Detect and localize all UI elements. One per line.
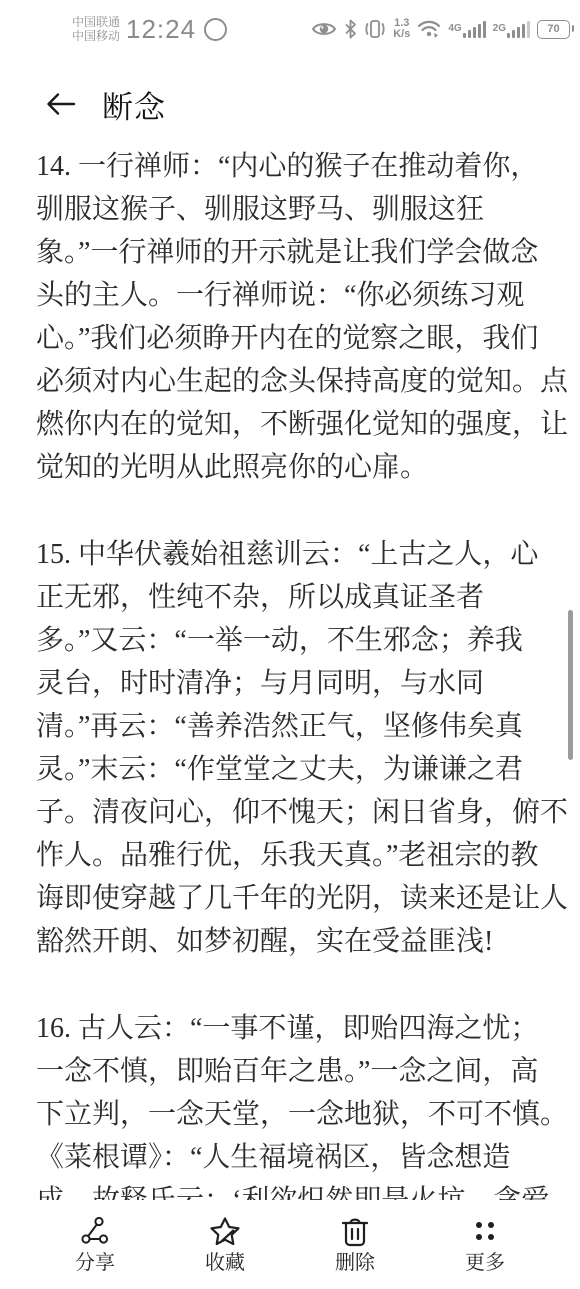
- carrier-top: 中国联通: [72, 15, 120, 29]
- paragraph-line: 多。”又云：“一举一动，不生邪念；养我: [36, 619, 550, 662]
- paragraph-line: 16. 古人云：“一事不谨，即贻四海之忧；: [36, 1007, 550, 1050]
- paragraph-line: 觉知的光明从此照亮你的心扉。: [36, 446, 550, 489]
- status-bar: 中国联通 中国移动 12:24: [0, 0, 580, 58]
- share-icon: [79, 1215, 111, 1247]
- status-bar-left: 中国联通 中国移动 12:24: [0, 14, 227, 45]
- paragraph-line: 心。”我们必须睁开内在的觉察之眼，我们: [36, 317, 550, 360]
- paragraph-line: 下立判，一念天堂，一念地狱，不可不慎。: [36, 1093, 550, 1136]
- paragraph-line: 清。”再云：“善养浩然正气，坚修伟矣真: [36, 705, 550, 748]
- delete-button[interactable]: 删除: [290, 1215, 420, 1274]
- share-button[interactable]: 分享: [30, 1215, 160, 1274]
- star-icon: [209, 1215, 241, 1247]
- paragraph-line: 头的主人。一行禅师说：“你必须练习观: [36, 274, 550, 317]
- page-title: 断念: [102, 82, 166, 127]
- paragraph-line: 怍人。品雅行优，乐我天真。”老祖宗的教: [36, 834, 550, 877]
- more-button[interactable]: 更多: [420, 1215, 550, 1274]
- paragraph-line: 象。”一行禅师的开示就是让我们学会做念: [36, 231, 550, 274]
- more-dots-icon: [469, 1215, 501, 1247]
- signal-4g: 4G: [448, 21, 485, 38]
- paragraph-line: 《菜根谭》：“人生福境祸区，皆念想造: [36, 1136, 550, 1179]
- signal-2g-label: 2G: [493, 23, 506, 34]
- signal-4g-label: 4G: [448, 23, 461, 34]
- paragraph-line: 子。清夜问心，仰不愧天；闲日省身，俯不: [36, 791, 550, 834]
- paragraph-line: 驯服这猴子、驯服这野马、驯服这狂: [36, 188, 550, 231]
- paragraph-line: 必须对内心生起的念头保持高度的觉知。点: [36, 360, 550, 403]
- bottom-toolbar: 分享 收藏 删除: [0, 1200, 580, 1289]
- share-label: 分享: [75, 1252, 115, 1274]
- back-arrow-icon: [44, 90, 78, 118]
- carrier-names: 中国联通 中国移动: [72, 15, 120, 43]
- paragraph-line: 灵。”末云：“作堂堂之丈夫，为谦谦之君: [36, 748, 550, 791]
- scrollbar-thumb[interactable]: [568, 610, 573, 760]
- paragraph-line: 一念不慎，即贻百年之患。”一念之间，高: [36, 1050, 550, 1093]
- status-bar-right: 1.3 K/s 4G 2G: [311, 18, 580, 40]
- paragraph-line: 燃你内在的觉知，不断强化觉知的强度，让: [36, 403, 550, 446]
- back-button[interactable]: [44, 87, 78, 121]
- bluetooth-icon: [344, 19, 357, 39]
- favorite-button[interactable]: 收藏: [160, 1215, 290, 1274]
- paragraph-line: 灵台，时时清净；与月同明，与水同: [36, 662, 550, 705]
- signal-2g: 2G: [493, 21, 530, 38]
- battery-icon: 70: [537, 20, 570, 39]
- alarm-circle-icon: [204, 18, 227, 41]
- note-paragraph: 14. 一行禅师：“内心的猴子在推动着你，驯服这猴子、驯服这野马、驯服这狂象。”…: [36, 145, 550, 489]
- paragraph-line: 诲即使穿越了几千年的光阴，读来还是让人: [36, 877, 550, 920]
- paragraph-line: 正无邪，性纯不杂，所以成真证圣者: [36, 576, 550, 619]
- delete-label: 删除: [335, 1252, 375, 1274]
- carrier-bottom: 中国移动: [72, 29, 120, 43]
- trash-icon: [339, 1215, 371, 1247]
- note-body[interactable]: 14. 一行禅师：“内心的猴子在推动着你，驯服这猴子、驯服这野马、驯服这狂象。”…: [36, 145, 550, 1266]
- note-header: 断念: [0, 74, 580, 134]
- paragraph-line: 豁然开朗、如梦初醒，实在受益匪浅!: [36, 920, 550, 963]
- vibrate-icon: [364, 19, 386, 39]
- paragraph-line: 14. 一行禅师：“内心的猴子在推动着你，: [36, 145, 550, 188]
- battery-percent: 70: [547, 23, 559, 35]
- network-speed: 1.3 K/s: [393, 18, 410, 40]
- favorite-label: 收藏: [205, 1252, 245, 1274]
- signal-2g-bars: [507, 21, 530, 38]
- note-paragraph: 15. 中华伏羲始祖慈训云：“上古之人，心正无邪，性纯不杂，所以成真证圣者多。”…: [36, 533, 550, 963]
- eye-comfort-icon: [311, 20, 337, 38]
- status-time: 12:24: [126, 14, 196, 45]
- more-label: 更多: [465, 1252, 505, 1274]
- wifi-icon: [417, 19, 441, 39]
- signal-4g-bars: [463, 21, 486, 38]
- paragraph-line: 15. 中华伏羲始祖慈训云：“上古之人，心: [36, 533, 550, 576]
- note-paragraph: 16. 古人云：“一事不谨，即贻四海之忧；一念不慎，即贻百年之患。”一念之间，高…: [36, 1007, 550, 1222]
- network-speed-unit: K/s: [393, 29, 410, 40]
